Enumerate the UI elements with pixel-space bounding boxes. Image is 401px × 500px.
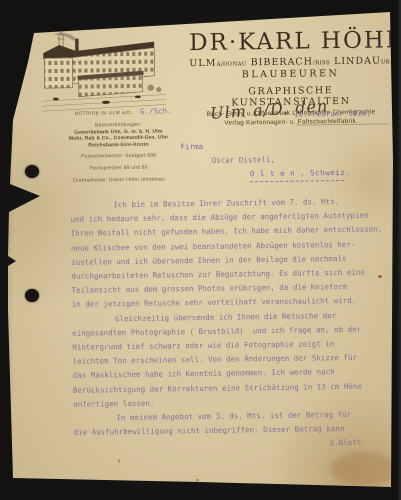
- recipient-salutation: Firma: [180, 142, 203, 151]
- left-building: [43, 45, 76, 88]
- city-ulm: ULM: [189, 58, 216, 69]
- reference-mark: G./Sch.: [140, 106, 172, 115]
- cable-line: Drahtadresse: Doktor Höhn Ulmdonau: [51, 176, 187, 184]
- tree: [156, 87, 161, 92]
- city-biberach: BIBERACH: [251, 56, 313, 68]
- recipient-name: Oscar Disteli,: [212, 155, 275, 165]
- recipient-city-underline: [250, 180, 344, 182]
- factory-illustration: [41, 25, 166, 115]
- ink-speck: [378, 275, 382, 278]
- bank-block: Bankverbindungen: Gewerbebank Ulm, G. m.…: [50, 121, 187, 184]
- date-rule: [296, 123, 388, 125]
- carriage: [102, 101, 110, 104]
- postscheck-line: Postscheckkonto: Stuttgart 688: [51, 153, 187, 161]
- city-biberach-suffix: /RISS: [313, 60, 330, 66]
- smoke-plume: [53, 33, 77, 42]
- city-lindau-suffix: I/B.: [381, 59, 392, 65]
- punch-hole: [25, 165, 39, 178]
- letter-photo: BETRIEB IN ULM a/D. DR·KARL HÖHN ULMA/DO…: [0, 0, 401, 500]
- carriage: [53, 98, 59, 101]
- punch-hole: [25, 289, 39, 302]
- typed-date: 10. Februar 1925,: [294, 109, 371, 119]
- city-blaubeuren: BLAUBEUREN: [189, 67, 391, 81]
- letter-content: BETRIEB IN ULM a/D. DR·KARL HÖHN ULMA/DO…: [0, 0, 401, 500]
- recipient-city: O l t e n , Schweiz.: [250, 168, 350, 178]
- paper-stain: [330, 452, 398, 486]
- letter-paper: BETRIEB IN ULM a/D. DR·KARL HÖHN ULMA/DO…: [0, 0, 401, 500]
- company-name: DR·KARL HÖHN: [189, 28, 391, 55]
- city-ulm-suffix: A/DONAU: [216, 61, 246, 67]
- ink-speck: [118, 459, 120, 463]
- phone-line: Fernsprecher 88 und 89: [51, 164, 187, 172]
- ink-speck: [196, 479, 199, 481]
- letter-body: Ich bin im Besitze Ihrer Zuschrift vom 7…: [70, 194, 396, 454]
- tree: [147, 84, 153, 90]
- city-lindau: LINDAU: [334, 55, 381, 67]
